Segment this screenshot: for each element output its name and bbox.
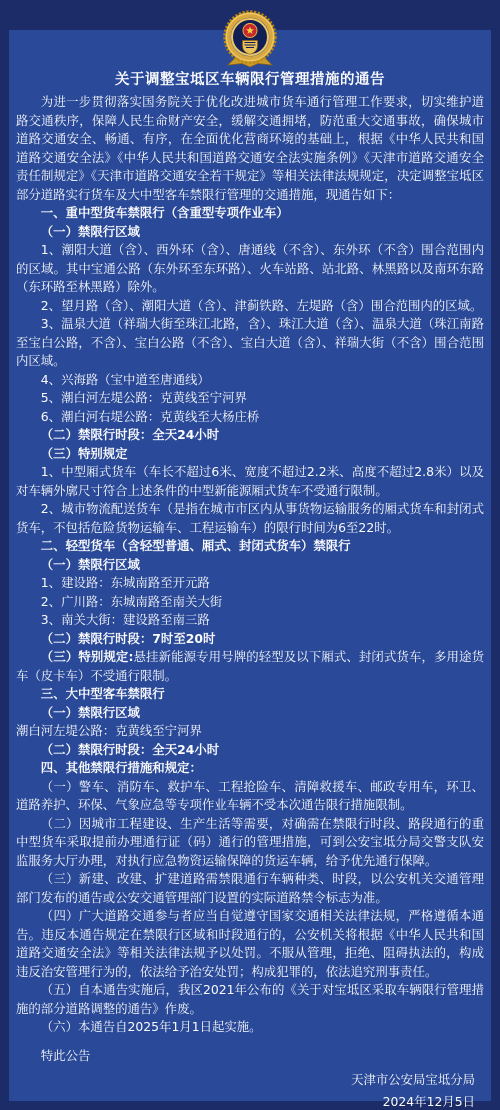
notice-paragraph: （四）广大道路交通参与者应当自觉遵守国家交通相关法律法规，严格遵循本通告。违反本… [16,907,484,981]
notice-paragraph: 1、中型厢式货车（车长不超过6米、宽度不超过2.2米、高度不超过2.8米）以及对… [16,463,484,500]
notice-paragraph: 三、大中型客车禁限行 [16,685,484,704]
issuing-authority: 天津市公安局宝坻分局 [16,1069,475,1091]
notice-paragraph: （三）特别规定 [16,445,484,464]
notice-paragraph: 3、温泉大道（祥瑞大街至珠江北路，含）、珠江大道（含）、温泉大道（珠江南路至宝白… [16,315,484,371]
notice-paragraph: （三）新建、改建、扩建道路需禁限通行车辆种类、时段，以公安机关交通管理部门发布的… [16,870,484,907]
signature-block: 天津市公安局宝坻分局 2024年12月5日 [16,1069,484,1110]
notice-paragraph: 2、城市物流配送货车（是指在城市市区内从事货物运输服务的厢式货车和封闭式货车，不… [16,500,484,537]
notice-paragraph: 二、轻型货车（含轻型普通、厢式、封闭式货车）禁限行 [16,537,484,556]
notice-paragraph: （一）禁限行区域 [16,556,484,575]
notice-page: 关于调整宝坻区车辆限行管理措施的通告 为进一步贯彻落实国务院关于优化改进城市货车… [0,0,500,1110]
police-badge-icon [222,7,278,70]
notice-paragraph: 一、重中型货车禁限行（含重型专项作业车） [16,204,484,223]
notice-paragraph: （一）警车、消防车、救护车、工程抢险车、清障救援车、邮政专用车，环卫、道路养护、… [16,778,484,815]
notice-paragraph: 四、其他禁限行措施和规定： [16,759,484,778]
notice-paragraph: （二）禁限行时段：7时至20时 [16,630,484,649]
notice-paragraph: （五）自本通告实施后，我区2021年公布的《关于对宝坻区采取车辆限行管理措施的部… [16,981,484,1018]
notice-paragraph: （三）特别规定:悬挂新能源专用号牌的轻型及以下厢式、封闭式货车，多用途货车（皮卡… [16,648,484,685]
notice-paragraph: （六）本通告自2025年1月1日起实施。 [16,1018,484,1037]
notice-paragraph: 2、广川路：东城南路至南关大街 [16,593,484,612]
notice-paragraph: （一）禁限行区域 [16,704,484,723]
notice-paragraph: （二）禁限行时段：全天24小时 [16,426,484,445]
notice-paragraph: （二）禁限行时段：全天24小时 [16,741,484,760]
notice-title: 关于调整宝坻区车辆限行管理措施的通告 [16,70,484,90]
notice-paragraph: （二）因城市工程建设、生产生活等需要，对确需在禁限行时段、路段通行的重中型货车采… [16,815,484,871]
notice-paragraph: 为进一步贯彻落实国务院关于优化改进城市货车通行管理工作要求，切实维护道路交通秩序… [16,93,484,204]
issue-date: 2024年12月5日 [16,1091,475,1110]
notice-paragraph: 4、兴海路（宝中道至唐通线） [16,371,484,390]
notice-body: 为进一步贯彻落实国务院关于优化改进城市货车通行管理工作要求，切实维护道路交通秩序… [16,93,484,1037]
notice-paragraph: 1、潮阳大道（含）、西外环（含）、唐通线（不含）、东外环（不含）围合范围内的区域… [16,241,484,297]
notice-paragraph: 1、建设路：东城南路至开元路 [16,574,484,593]
notice-paragraph: 2、望月路（含）、潮阳大道（含）、津蓟铁路、左堤路（含）围合范围内的区域。 [16,297,484,316]
notice-paragraph: 6、潮白河右堤公路：克黄线至大杨庄桥 [16,408,484,427]
notice-paragraph: 5、潮白河左堤公路：克黄线至宁河界 [16,389,484,408]
notice-paragraph: （一）禁限行区域 [16,223,484,242]
notice-paragraph: 3、南关大街：建设路至南三路 [16,611,484,630]
closing-phrase: 特此公告 [16,1047,484,1066]
notice-paragraph: 潮白河左堤公路：克黄线至宁河界 [16,722,484,741]
notice-panel: 关于调整宝坻区车辆限行管理措施的通告 为进一步贯彻落实国务院关于优化改进城市货车… [9,30,491,1101]
paragraph-label: （三）特别规定: [41,649,134,664]
